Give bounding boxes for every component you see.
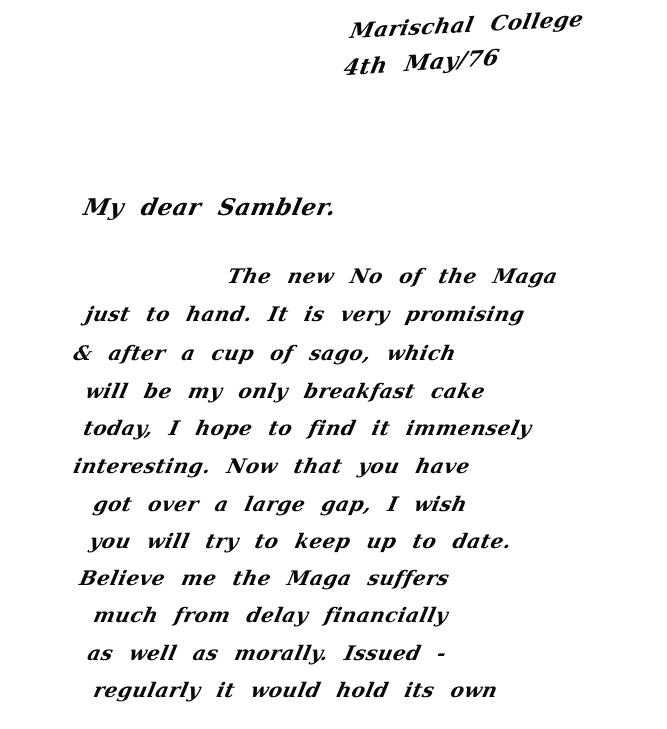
- body-line: regularly it would hold its own: [91, 676, 501, 704]
- body-line: & after a cup of sago, which: [71, 339, 459, 367]
- body-line: got over a large gap, I wish: [91, 490, 470, 518]
- body-line: Believe me the Maga suffers: [77, 564, 452, 592]
- body-line: interesting. Now that you have: [71, 452, 473, 480]
- body-line: just to hand. It is very promising: [83, 300, 528, 328]
- letterhead-date: 4th May/76: [342, 45, 502, 82]
- letter-page: Marischal College 4th May/76 My dear Sam…: [0, 0, 667, 729]
- body-line: today, I hope to find it immensely: [81, 414, 534, 442]
- body-line: much from delay financially: [91, 601, 451, 629]
- letterhead-place: Marischal College: [348, 6, 586, 43]
- body-line: as well as morally. Issued -: [85, 639, 449, 667]
- salutation: My dear Sambler.: [81, 194, 339, 221]
- body-line: you will try to keep up to date.: [87, 527, 514, 555]
- body-line: The new No of the Maga: [225, 262, 561, 290]
- body-line: will be my only breakfast cake: [83, 377, 488, 405]
